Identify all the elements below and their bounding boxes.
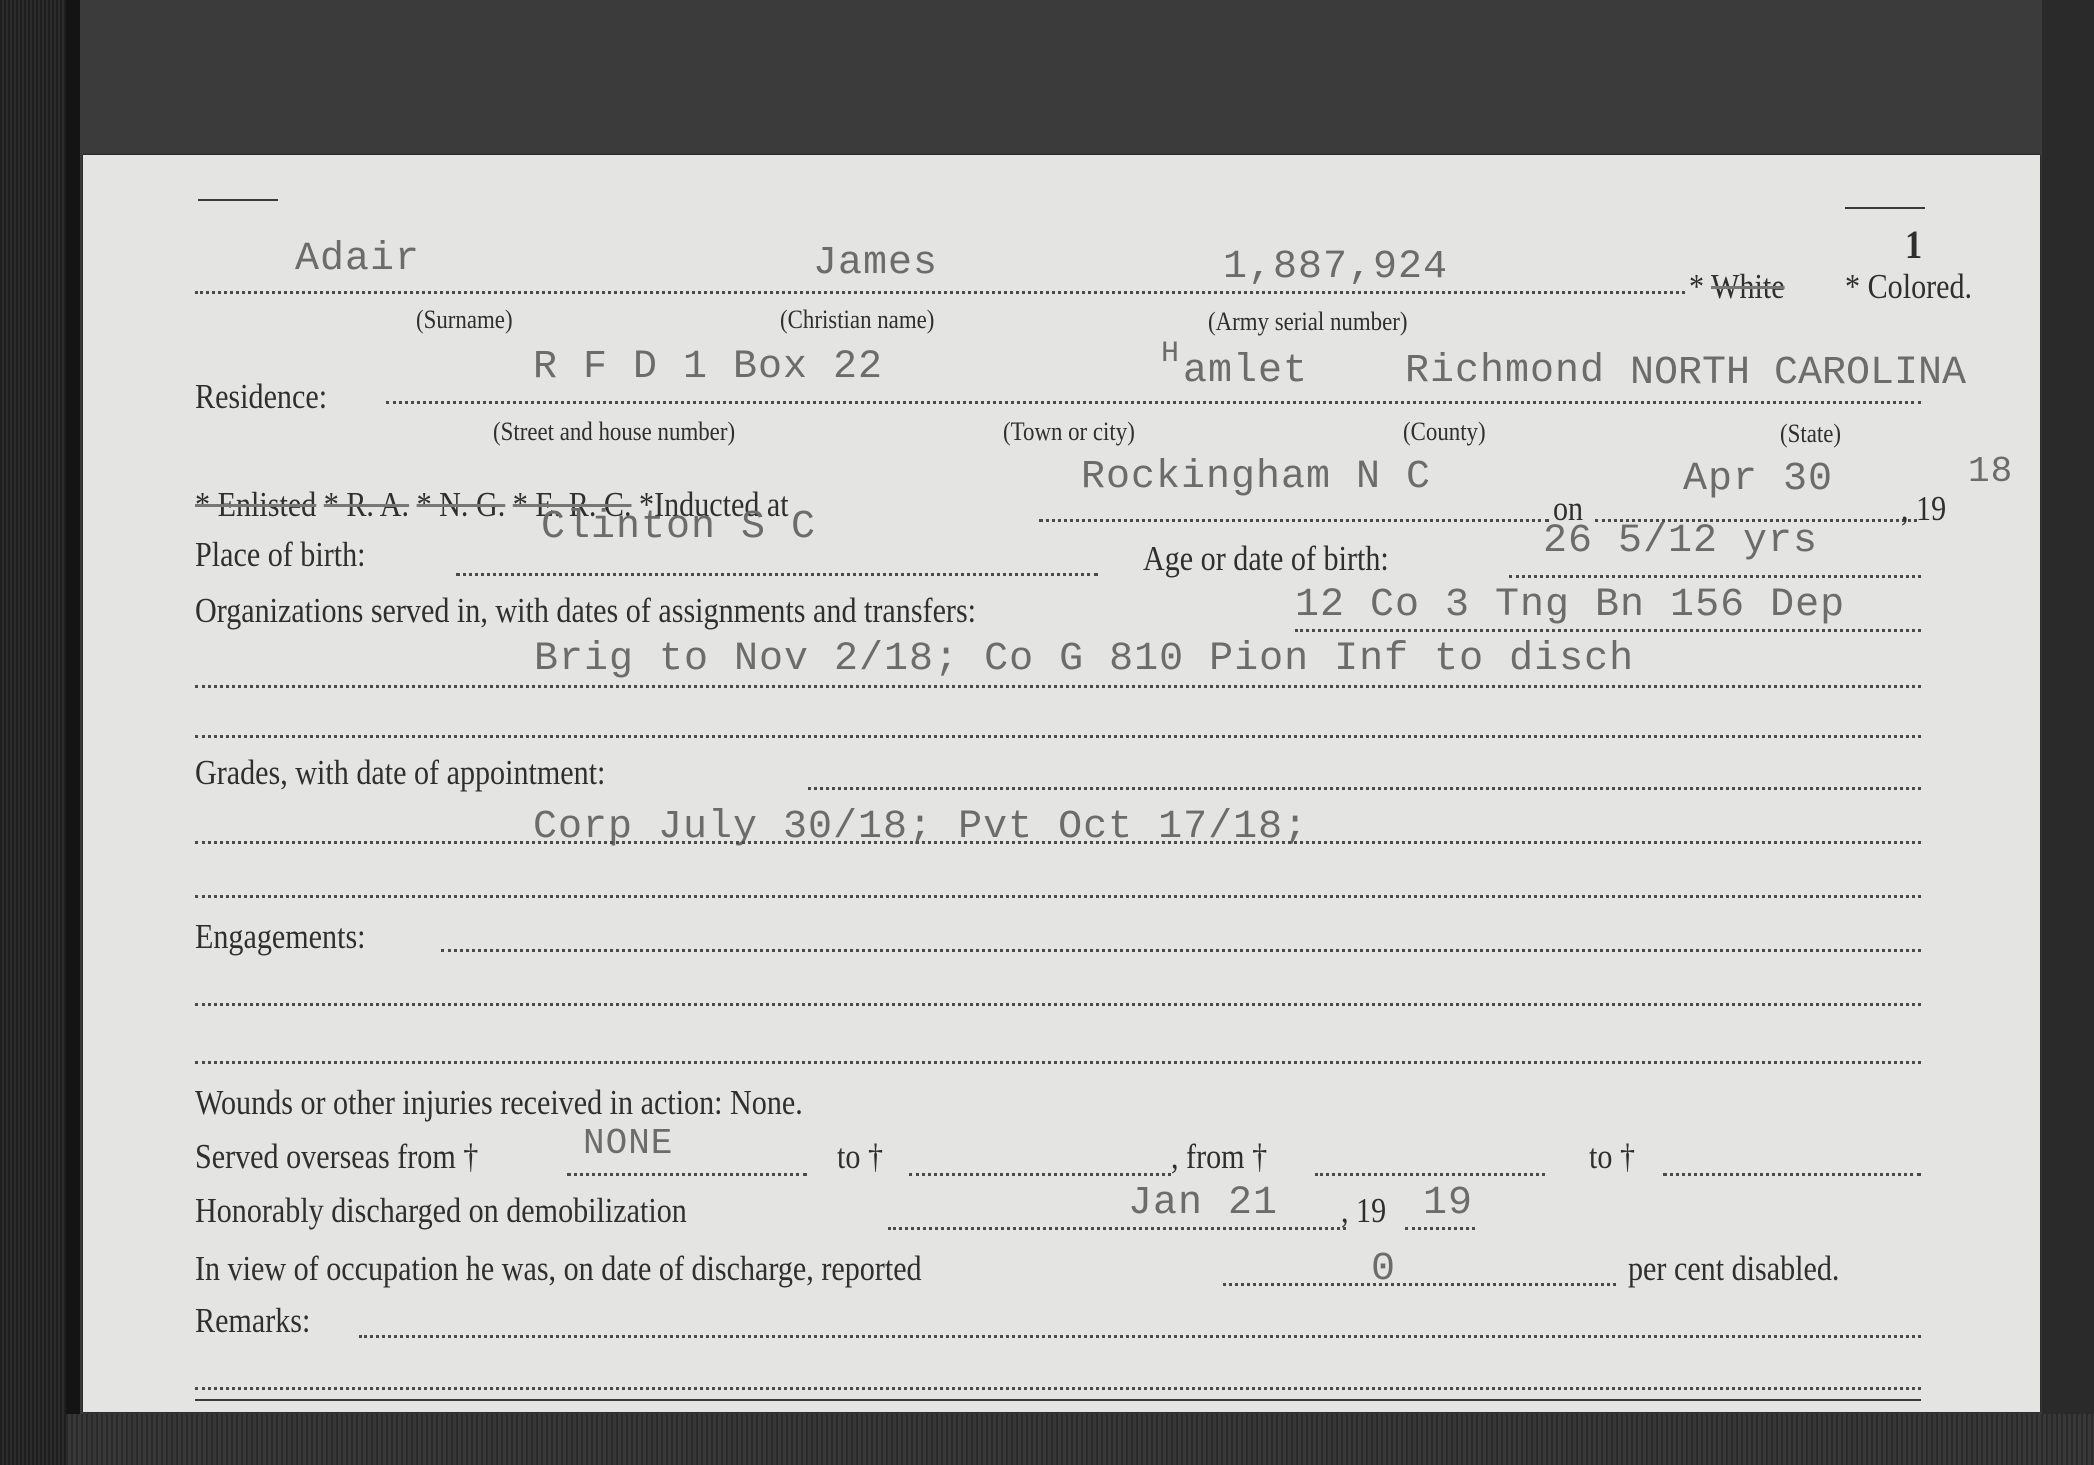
residence-label: Residence: [195,377,327,417]
race-white-option: * White [1689,267,1785,307]
residence-street-value: R F D 1 Box 22 [533,345,883,390]
grades-label: Grades, with date of appointment: [195,753,605,793]
place-of-birth-line [456,573,1098,576]
street-caption: (Street and house number) [493,417,735,447]
induction-year-value: 18 [1968,451,2013,492]
engagements-line1 [441,949,1921,952]
scan-border-right [2042,0,2094,1465]
disability-value: 0 [1371,1247,1396,1292]
residence-state-value: NORTH CAROLINA [1630,351,1966,396]
scan-border-edge [66,0,80,1465]
disability-line [1223,1283,1616,1286]
induction-year-prefix: , 19 [1901,489,1946,529]
organizations-line2-value: Brig to Nov 2/18; Co G 810 Pion Inf to d… [534,637,1634,682]
race-colored-option: * Colored. [1845,267,1972,307]
scan-border-left [0,0,66,1465]
age-value: 26 5/12 yrs [1543,519,1818,564]
overseas-to-label: to † [837,1137,883,1177]
serial-number-caption: (Army serial number) [1208,307,1407,337]
inducted-place-line [1039,519,1549,522]
remarks-line2 [195,1387,1921,1390]
remarks-line1 [359,1335,1921,1338]
discharge-date-line [888,1227,1346,1230]
remarks-label: Remarks: [195,1301,310,1341]
disability-suffix: per cent disabled. [1628,1249,1839,1289]
overseas-from-value: NONE [583,1123,673,1164]
overseas-to2-label: to † [1589,1137,1635,1177]
place-of-birth-value: Clinton S C [541,505,816,550]
discharge-date-value: Jan 21 [1128,1181,1278,1226]
overseas-from2-label: , from † [1171,1137,1267,1177]
corner-mark-left [198,199,278,201]
overseas-from-line [567,1173,807,1176]
corner-mark-right [1845,207,1925,209]
serial-number-value: 1,887,924 [1223,245,1448,290]
card-number: 1 [1905,221,1922,268]
grades-line1 [808,787,1921,790]
state-caption: (State) [1780,419,1841,449]
engagements-label: Engagements: [195,917,366,957]
service-record-card: 1 Adair James 1,887,924 * White * Colore… [83,155,2040,1412]
discharge-year-value: 19 [1423,1181,1473,1226]
induction-date-value: Apr 30 [1683,457,1833,502]
option-ng: * N. G. [417,485,506,524]
town-caption: (Town or city) [1003,417,1135,447]
residence-county-value: Richmond [1405,349,1605,394]
residence-line [386,401,1921,404]
organizations-label: Organizations served in, with dates of a… [195,591,976,631]
race-white-label: White [1711,267,1785,306]
overseas-to2-line [1663,1173,1921,1176]
grades-line3 [195,895,1921,898]
christian-name-value: James [813,241,938,286]
engagements-line3 [195,1061,1921,1064]
residence-town-value: amlet [1183,349,1308,394]
card-bottom-rule [195,1399,1921,1401]
engagements-line2 [195,1003,1921,1006]
residence-town-initial: H [1161,337,1180,371]
discharge-year-prefix: , 19 [1341,1191,1386,1231]
organizations-line1-value: 12 Co 3 Tng Bn 156 Dep [1295,583,1845,628]
option-enlisted: * Enlisted [195,485,316,524]
name-row-line [195,291,1685,294]
age-label: Age or date of birth: [1143,539,1389,579]
scan-border-bottom [66,1414,2094,1465]
overseas-from-label: Served overseas from † [195,1137,478,1177]
disability-label: In view of occupation he was, on date of… [195,1249,922,1289]
surname-value: Adair [295,237,420,282]
surname-caption: (Surname) [416,305,513,335]
option-ra: * R. A. [324,485,409,524]
age-line [1509,575,1921,578]
discharge-label: Honorably discharged on demobilization [195,1191,687,1231]
overseas-to-line [909,1173,1171,1176]
county-caption: (County) [1403,417,1486,447]
christian-name-caption: (Christian name) [780,305,934,335]
discharge-year-line [1405,1227,1475,1230]
overseas-from2-line [1315,1173,1545,1176]
organizations-line2 [195,685,1921,688]
wounds-label: Wounds or other injuries received in act… [195,1083,803,1123]
organizations-line3 [195,735,1921,738]
organizations-line1 [1295,629,1921,632]
inducted-place-value: Rockingham N C [1081,455,1431,500]
place-of-birth-label: Place of birth: [195,535,366,575]
grades-line2 [195,841,1921,844]
